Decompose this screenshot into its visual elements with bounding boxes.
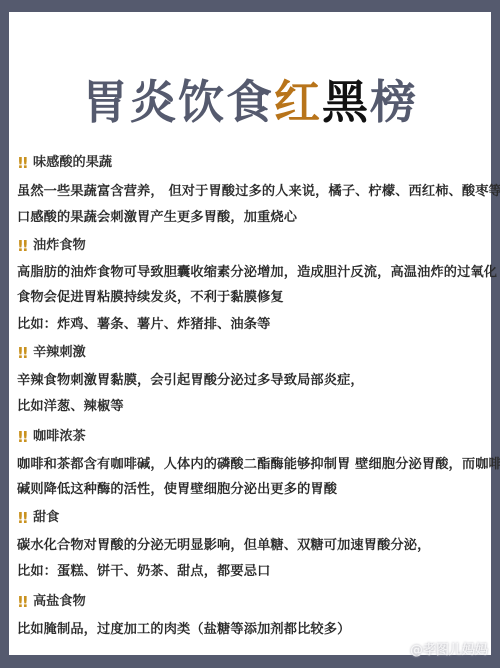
title-part-black: 黑 <box>322 74 370 130</box>
section-heading-label: 油炸食物 <box>33 237 86 255</box>
section-heading-label: 咖啡浓茶 <box>33 428 86 446</box>
section-body-line: 辛辣食物刺激胃黏膜，会引起胃酸分泌过多导致局部炎症， <box>17 372 364 390</box>
section-body-line: 碳水化合物对胃酸的分泌无明显影响，但单糖、双糖可加速胃酸分泌， <box>17 537 430 555</box>
section-body-line: 比如：蛋糕、饼干、奶茶、甜点，都要忌口 <box>17 563 270 581</box>
section-body-line: 口感酸的果蔬会刺激胃产生更多胃酸，加重烧心 <box>17 209 297 227</box>
section-heading-label: 甜食 <box>33 509 59 527</box>
section-body-line: 碱则降低这种酶的活性，使胃壁细胞分泌出更多的胃酸 <box>17 481 337 499</box>
section-heading-label: 味感酸的果蔬 <box>33 154 112 172</box>
section-heading-salty: !! 高盐食物 <box>17 593 86 611</box>
section-body-line: 食物会促进胃粘膜持续发炎，不利于黏膜修复 <box>17 289 284 307</box>
double-exclamation-icon: !! <box>17 154 26 172</box>
double-exclamation-icon: !! <box>17 593 26 611</box>
double-exclamation-icon: !! <box>17 509 26 527</box>
title-part-red: 红 <box>274 74 322 130</box>
section-heading-spicy: !! 辛辣刺激 <box>17 344 86 362</box>
author-watermark: @孝图儿妈妈 <box>410 639 488 658</box>
section-heading-sweets: !! 甜食 <box>17 509 59 527</box>
section-heading-fried-food: !! 油炸食物 <box>17 237 86 255</box>
title-part-end: 榜 <box>370 74 418 130</box>
section-body-line: 高脂肪的油炸食物可导致胆囊收缩素分泌增加，造成胆汁反流，高温油炸的过氧化 <box>17 264 497 282</box>
poster-card: 胃炎饮食红黑榜 !! 味感酸的果蔬 虽然一些果蔬富含营养， 但对于胃酸过多的人来… <box>9 12 491 655</box>
section-heading-coffee-tea: !! 咖啡浓茶 <box>17 428 86 446</box>
double-exclamation-icon: !! <box>17 344 26 362</box>
section-body-line: 比如：炸鸡、薯条、薯片、炸猪排、油条等 <box>17 316 270 334</box>
page-title: 胃炎饮食红黑榜 <box>9 74 491 130</box>
section-body-line: 虽然一些果蔬富含营养， 但对于胃酸过多的人来说，橘子、柠檬、西红柿、酸枣等 <box>17 183 500 201</box>
section-heading-label: 辛辣刺激 <box>33 344 86 362</box>
section-heading-label: 高盐食物 <box>33 593 86 611</box>
section-body-line: 比如洋葱、辣椒等 <box>17 398 124 416</box>
double-exclamation-icon: !! <box>17 428 26 446</box>
section-body-line: 比如腌制品，过度加工的肉类（盐糖等添加剂都比较多） <box>17 621 350 639</box>
section-body-line: 咖啡和茶都含有咖啡碱，人体内的磷酸二酯酶能够抑制胃 壁细胞分泌胃酸，而咖啡 <box>17 456 500 474</box>
double-exclamation-icon: !! <box>17 237 26 255</box>
title-part-gray: 胃炎饮食 <box>82 74 274 130</box>
section-heading-sour-fruits: !! 味感酸的果蔬 <box>17 154 112 172</box>
